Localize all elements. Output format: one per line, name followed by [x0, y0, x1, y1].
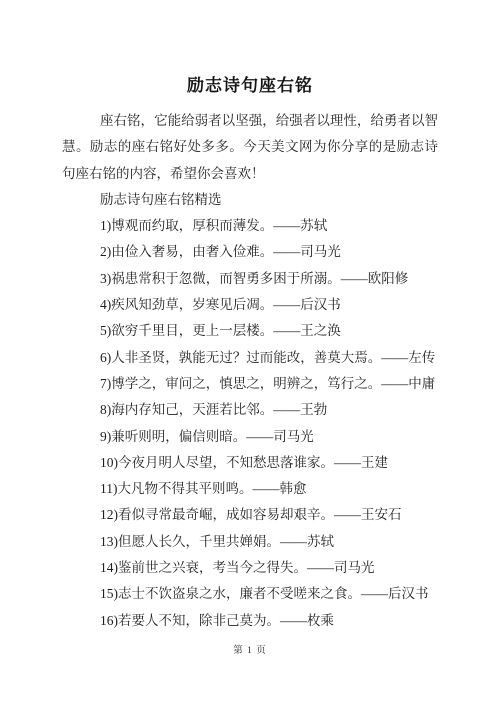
intro-paragraph: 座右铭，它能给弱者以坚强，给强者以理性，给勇者以智慧。励志的座右铭好处多多。今天… — [62, 108, 438, 187]
quote-line-16: 16)若要人不知，除非己莫为。——枚乘 — [62, 608, 438, 634]
quote-line-15: 15)志士不饮盗泉之水，廉者不受嗟来之食。——后汉书 — [62, 581, 438, 607]
quote-line-4: 4)疾风知劲草，岁寒见后凋。——后汉书 — [62, 292, 438, 318]
quote-line-10: 10)今夜月明人尽望，不知愁思落谁家。——王建 — [62, 450, 438, 476]
section-heading: 励志诗句座右铭精选 — [62, 187, 438, 213]
quote-line-3: 3)祸患常积于忽微，而智勇多困于所溺。——欧阳修 — [62, 266, 438, 292]
quote-line-13: 13)但愿人长久，千里共婵娟。——苏轼 — [62, 529, 438, 555]
quote-line-2: 2)由俭入奢易，由奢入俭难。——司马光 — [62, 239, 438, 265]
quote-line-5: 5)欲穷千里目，更上一层楼。——王之涣 — [62, 318, 438, 344]
quote-line-9: 9)兼听则明，偏信则暗。——司马光 — [62, 424, 438, 450]
document-page: 励志诗句座右铭 座右铭，它能给弱者以坚强，给强者以理性，给勇者以智慧。励志的座右… — [0, 0, 500, 708]
document-body: 座右铭，它能给弱者以坚强，给强者以理性，给勇者以智慧。励志的座右铭好处多多。今天… — [62, 108, 438, 634]
quote-line-11: 11)大凡物不得其平则鸣。——韩愈 — [62, 476, 438, 502]
quote-line-1: 1)博观而约取，厚积而薄发。——苏轼 — [62, 213, 438, 239]
quote-line-6: 6)人非圣贤，孰能无过？过而能改，善莫大焉。——左传 — [62, 345, 438, 371]
page-number-footer: 第 1 页 — [0, 645, 500, 658]
quote-line-12: 12)看似寻常最奇崛，成如容易却艰辛。——王安石 — [62, 502, 438, 528]
page-title: 励志诗句座右铭 — [62, 74, 438, 98]
quote-line-7: 7)博学之，审问之，慎思之，明辨之，笃行之。——中庸 — [62, 371, 438, 397]
quote-line-8: 8)海内存知己，天涯若比邻。——王勃 — [62, 397, 438, 423]
quote-line-14: 14)鉴前世之兴衰，考当今之得失。——司马光 — [62, 555, 438, 581]
